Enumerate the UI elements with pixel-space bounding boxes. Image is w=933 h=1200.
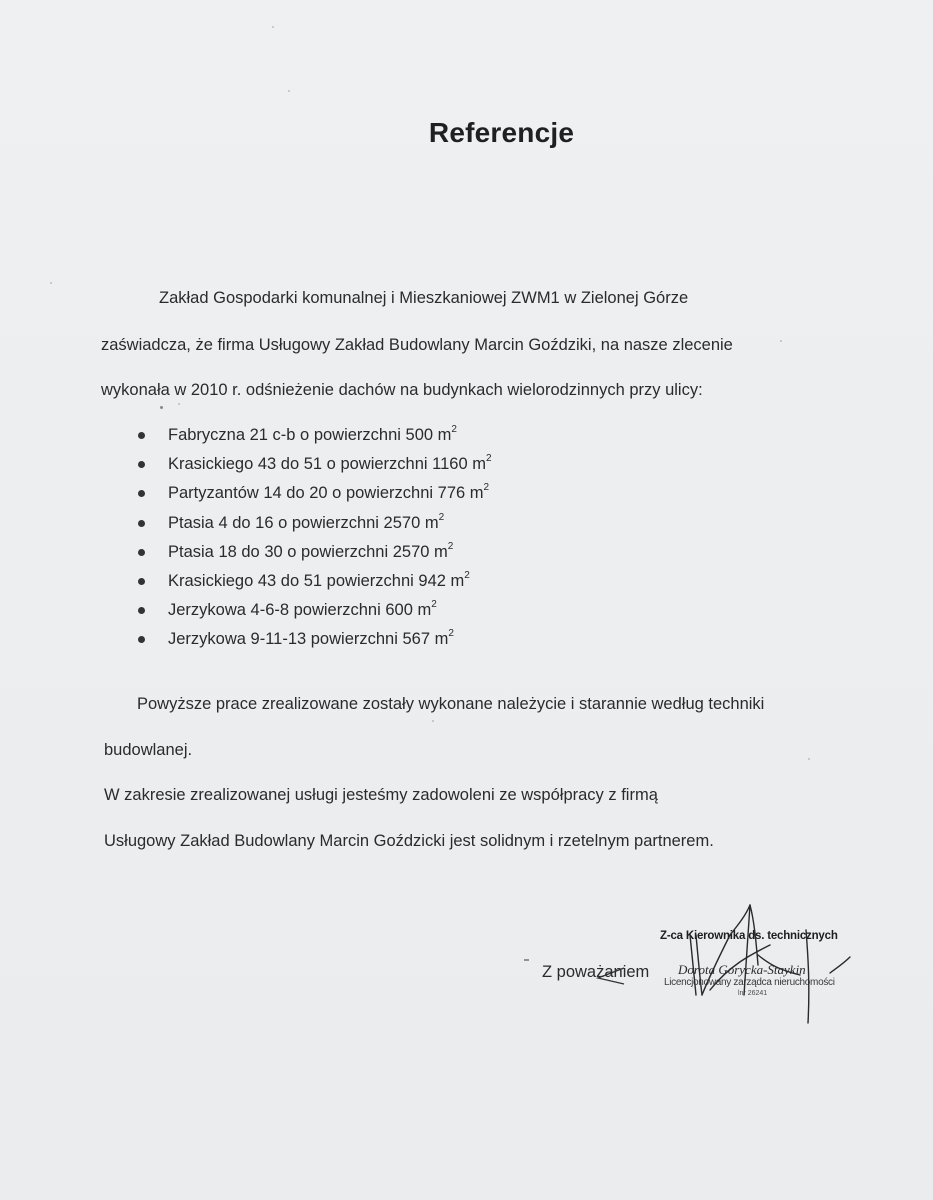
- document-title: Referencje: [0, 117, 933, 149]
- paper-speck: [432, 720, 434, 722]
- address-list: Fabryczna 21 c-b o powierzchni 500 m2 Kr…: [136, 423, 492, 657]
- bullet-icon: [138, 520, 145, 527]
- paper-speck: [50, 282, 52, 284]
- list-item: Krasickiego 43 do 51 powierzchni 942 m2: [136, 569, 492, 598]
- bullet-icon: [138, 432, 145, 439]
- bullet-icon: [138, 490, 145, 497]
- closing-line-1: Powyższe prace zrealizowane zostały wyko…: [137, 695, 764, 714]
- paper-speck: [288, 90, 290, 92]
- stamp-position: Z-ca Kierownika ds. technicznych: [660, 930, 838, 942]
- intro-line-3: wykonała w 2010 r. odśnieżenie dachów na…: [101, 381, 703, 400]
- list-item: Partyzantów 14 do 20 o powierzchni 776 m…: [136, 481, 492, 510]
- list-item: Krasickiego 43 do 51 o powierzchni 1160 …: [136, 452, 492, 481]
- stamp-license: Licencjonowany zarządca nieruchomości: [664, 977, 835, 988]
- intro-line-1: Zakład Gospodarki komunalnej i Mieszkani…: [159, 289, 688, 308]
- intro-line-2: zaświadcza, że firma Usługowy Zakład Bud…: [101, 336, 733, 355]
- stamp-number: lnr 26241: [738, 990, 767, 997]
- closing-line-3: W zakresie zrealizowanej usługi jesteśmy…: [104, 786, 658, 805]
- document-page: Referencje Zakład Gospodarki komunalnej …: [0, 0, 933, 1200]
- bullet-icon: [138, 549, 145, 556]
- paper-speck: [178, 403, 180, 405]
- bullet-icon: [138, 636, 145, 643]
- paper-speck: [780, 340, 782, 342]
- bullet-icon: [138, 461, 145, 468]
- paper-speck: [808, 758, 810, 760]
- stamp-name: Dorota Gorycka-Staykin: [678, 962, 806, 978]
- closing-line-4: Usługowy Zakład Budowlany Marcin Goździc…: [104, 832, 714, 851]
- paper-speck: [524, 959, 529, 961]
- list-item: Jerzykowa 4-6-8 powierzchni 600 m2: [136, 598, 492, 627]
- closing-line-2: budowlanej.: [104, 741, 192, 760]
- list-item: Jerzykowa 9-11-13 powierzchni 567 m2: [136, 627, 492, 656]
- bullet-icon: [138, 578, 145, 585]
- signature-flourish-icon: [590, 960, 630, 990]
- list-item: Fabryczna 21 c-b o powierzchni 500 m2: [136, 423, 492, 452]
- paper-speck: [272, 26, 274, 28]
- list-item: Ptasia 18 do 30 o powierzchni 2570 m2: [136, 540, 492, 569]
- bullet-icon: [138, 607, 145, 614]
- list-item: Ptasia 4 do 16 o powierzchni 2570 m2: [136, 511, 492, 540]
- official-stamp: Z-ca Kierownika ds. technicznych Dorota …: [656, 928, 856, 1018]
- paper-speck: [160, 406, 163, 409]
